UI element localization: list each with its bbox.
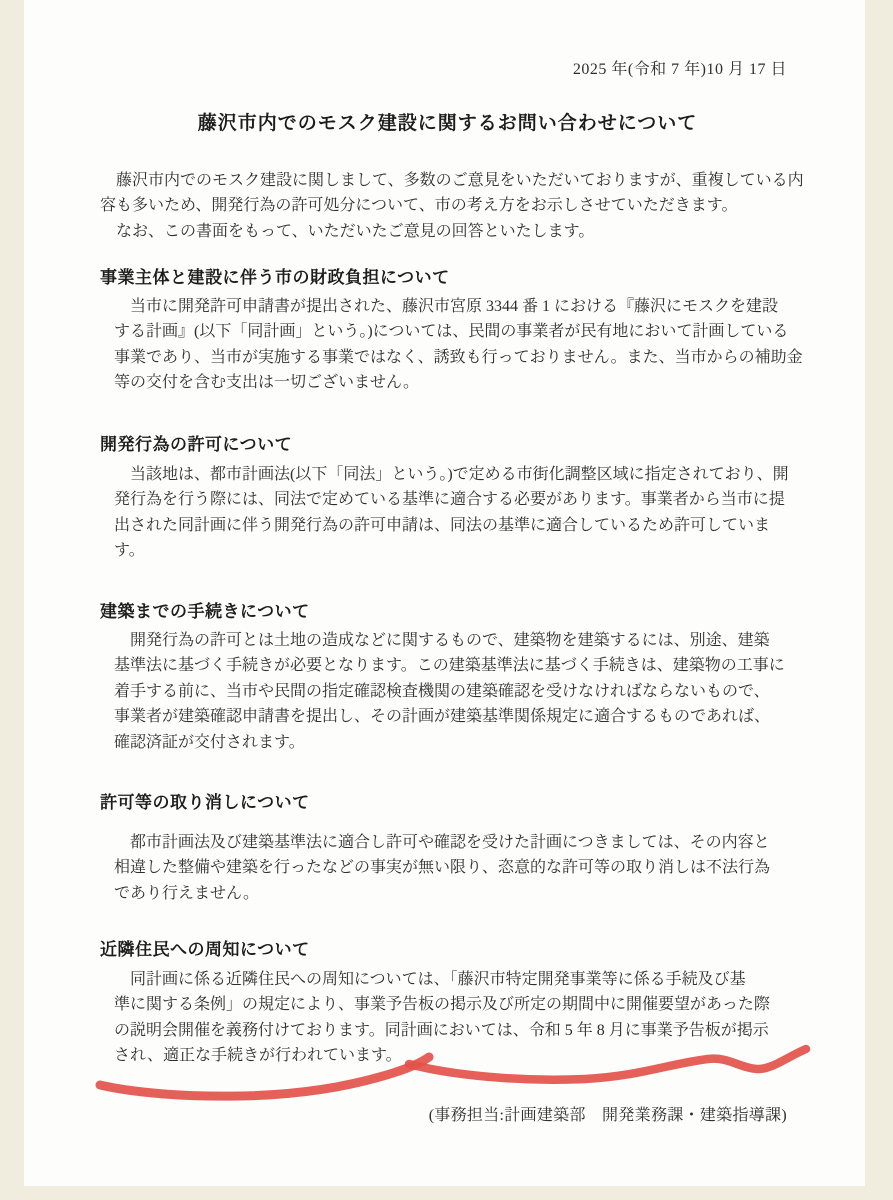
section-body-permit-revocation: 都市計画法及び建築基準法に適合し許可や確認を受けた計画につきましては、その内容と… bbox=[114, 830, 770, 906]
text-line: 相違した整備や建築を行ったなどの事実が無い限り、恣意的な許可等の取り消しは不法行… bbox=[114, 855, 770, 880]
text-line: の説明会開催を義務付けております。同計画においては、令和 5 年 8 月に事業予… bbox=[114, 1018, 770, 1043]
section-heading-finance: 事業主体と建設に伴う市の財政負担について bbox=[100, 266, 450, 290]
text-line: 開発行為の許可とは土地の造成などに関するもので、建築物を建築するには、別途、建築 bbox=[114, 628, 785, 653]
section-heading-development-permit: 開発行為の許可について bbox=[100, 433, 292, 457]
text-line: 確認済証が交付されます。 bbox=[114, 730, 785, 755]
section-body-neighbor-notification: 同計画に係る近隣住民への周知については、「藤沢市特定開発事業等に係る手続及び基 … bbox=[114, 967, 770, 1069]
text-line: 事業であり、当市が実施する事業ではなく、誘致も行っておりません。また、当市からの… bbox=[114, 345, 803, 370]
text-line: 着手する前に、当市や民間の指定確認検査機関の建築確認を受けなければならないもので… bbox=[114, 679, 785, 704]
text-line: 都市計画法及び建築基準法に適合し許可や確認を受けた計画につきましては、その内容と bbox=[114, 830, 770, 855]
text-line: され、適正な手続きが行われています。 bbox=[114, 1043, 770, 1068]
text-line: であり行えません。 bbox=[114, 881, 770, 906]
text-line: 事業者が建築確認申請書を提出し、その計画が建築基準関係規定に適合するものであれば… bbox=[114, 704, 785, 729]
text-line: 準に関する条例」の規定により、事業予告板の掲示及び所定の期間中に開催要望があった… bbox=[114, 992, 770, 1017]
section-heading-neighbor-notification: 近隣住民への周知について bbox=[100, 938, 310, 962]
text-line: 当該地は、都市計画法(以下「同法」という。)で定める市街化調整区域に指定されてお… bbox=[114, 462, 789, 487]
text-line: 発行為を行う際には、同法で定めている基準に適合する必要があります。事業者から当市… bbox=[114, 487, 789, 512]
text-line: 同計画に係る近隣住民への周知については、「藤沢市特定開発事業等に係る手続及び基 bbox=[114, 967, 770, 992]
text-line: す。 bbox=[114, 538, 789, 563]
text-line: 当市に開発許可申請書が提出された、藤沢市宮原 3344 番 1 における『藤沢に… bbox=[114, 294, 803, 319]
scanned-notice-background: { "document": { "date": "2025 年(令和 7 年)1… bbox=[0, 0, 893, 1200]
text-line: 藤沢市内でのモスク建設に関しまして、多数のご意見をいただいておりますが、重複して… bbox=[100, 168, 804, 193]
document-date: 2025 年(令和 7 年)10 月 17 日 bbox=[573, 59, 787, 81]
signature: (事務担当:計画建築部 開発業務課・建築指導課) bbox=[429, 1104, 787, 1127]
text-line: なお、この書面をもって、いただいたご意見の回答といたします。 bbox=[100, 219, 804, 244]
text-line: する計画』(以下「同計画」という。)については、民間の事業者が民有地において計画… bbox=[114, 319, 803, 344]
section-heading-permit-revocation: 許可等の取り消しについて bbox=[100, 791, 310, 815]
section-body-building-procedure: 開発行為の許可とは土地の造成などに関するもので、建築物を建築するには、別途、建築… bbox=[114, 628, 785, 755]
section-body-development-permit: 当該地は、都市計画法(以下「同法」という。)で定める市街化調整区域に指定されてお… bbox=[114, 462, 789, 564]
text-line: 容も多いため、開発行為の許可処分について、市の考え方をお示しさせていただきます。 bbox=[100, 193, 804, 218]
text-line: 基準法に基づく手続きが必要となります。この建築基準法に基づく手続きは、建築物の工… bbox=[114, 653, 785, 678]
section-heading-building-procedure: 建築までの手続きについて bbox=[100, 600, 310, 624]
section-body-finance: 当市に開発許可申請書が提出された、藤沢市宮原 3344 番 1 における『藤沢に… bbox=[114, 294, 803, 396]
document-title: 藤沢市内でのモスク建設に関するお問い合わせについて bbox=[100, 111, 795, 137]
text-line: 出された同計画に伴う開発行為の許可申請は、同法の基準に適合しているため許可してい… bbox=[114, 513, 789, 538]
text-line: 等の交付を含む支出は一切ございません。 bbox=[114, 370, 803, 395]
intro-paragraph: 藤沢市内でのモスク建設に関しまして、多数のご意見をいただいておりますが、重複して… bbox=[100, 168, 804, 244]
paper-sheet: 2025 年(令和 7 年)10 月 17 日 藤沢市内でのモスク建設に関するお… bbox=[24, 0, 865, 1186]
